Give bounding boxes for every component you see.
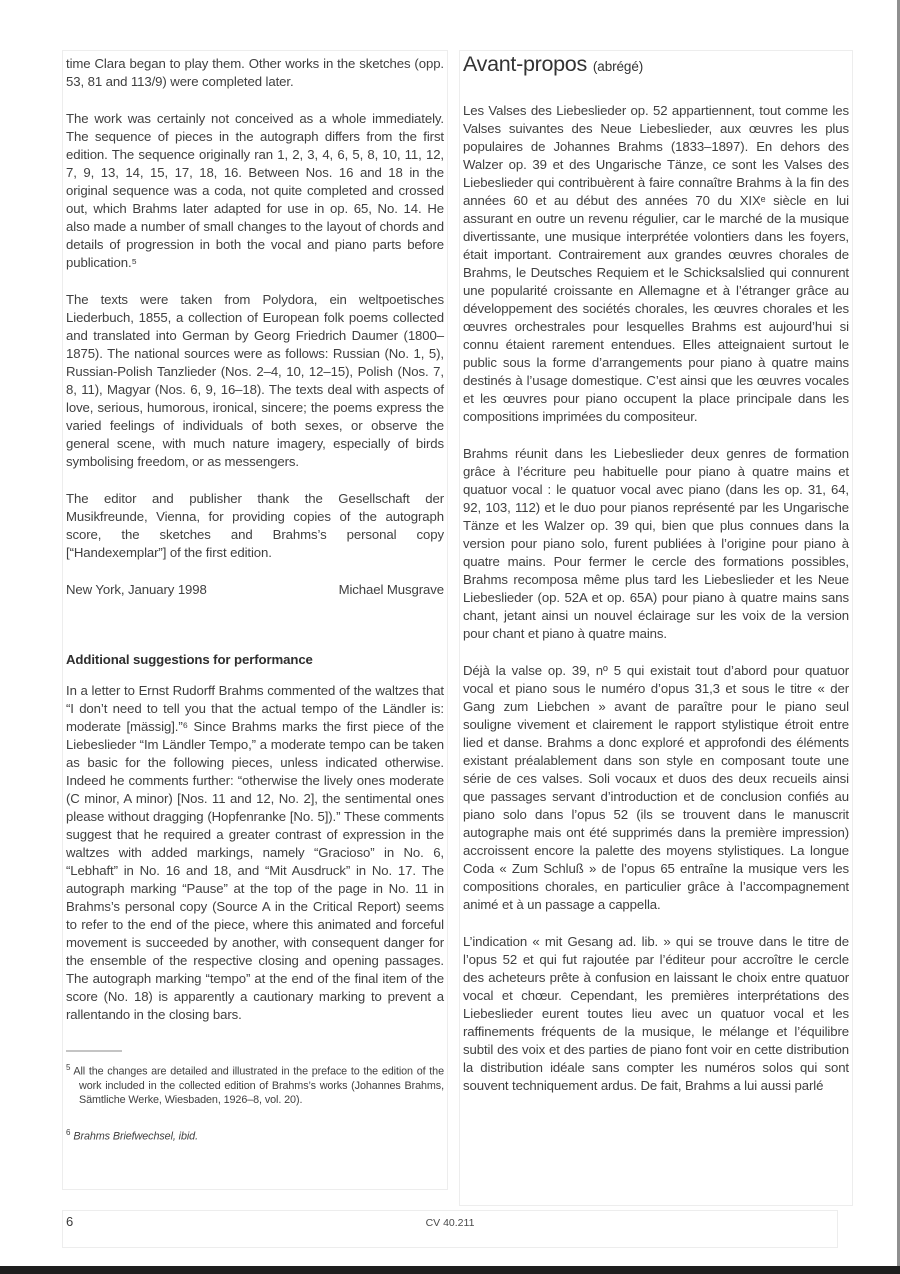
footnotes: 5All the changes are detailed and illust…	[66, 1061, 444, 1143]
paragraph-fr-valse-op39: Déjà la valse op. 39, nº 5 qui existait …	[463, 662, 849, 914]
scanned-preface-page: time Clara began to play them. Other wor…	[0, 0, 900, 1274]
section-heading-performance: Additional suggestions for performance	[66, 651, 444, 669]
avant-propos-title: Avant-propos	[463, 52, 587, 76]
catalog-number: CV 40.211	[63, 1217, 837, 1229]
paragraph-acknowledgement: The editor and publisher thank the Gesel…	[66, 490, 444, 562]
signature-line: New York, January 1998 Michael Musgrave	[66, 581, 444, 599]
paragraph-performance: In a letter to Ernst Rudorff Brahms comm…	[66, 682, 444, 1024]
paragraph-texts: The texts were taken from Polydora, ein …	[66, 291, 444, 471]
footnote-5-text: All the changes are detailed and illustr…	[73, 1066, 444, 1106]
footnote-5-marker: 5	[66, 1063, 70, 1072]
footnote-6-marker: 6	[66, 1128, 70, 1137]
paragraph-fr-formations: Brahms réunit dans les Liebeslieder deux…	[463, 445, 849, 643]
footnote-6-text: Brahms Briefwechsel, ibid.	[73, 1130, 198, 1142]
footnote-6: 6Brahms Briefwechsel, ibid.	[66, 1126, 444, 1144]
paragraph-fr-mit-gesang: L’indication « mit Gesang ad. lib. » qui…	[463, 933, 849, 1095]
english-column: time Clara began to play them. Other wor…	[62, 50, 448, 1190]
avant-propos-abridged-note: (abrégé)	[593, 59, 643, 74]
paragraph-continuation: time Clara began to play them. Other wor…	[66, 55, 444, 91]
avant-propos-heading: Avant-propos(abrégé)	[463, 55, 849, 76]
french-column: Avant-propos(abrégé) Les Valses des Lieb…	[459, 50, 853, 1206]
signature-author: Michael Musgrave	[339, 581, 444, 599]
footnote-separator-rule	[66, 1050, 122, 1052]
paragraph-fr-popularity: Les Valses des Liebeslieder op. 52 appar…	[463, 102, 849, 426]
page-footer: 6 CV 40.211	[62, 1210, 838, 1248]
paragraph-sequence: The work was certainly not conceived as …	[66, 110, 444, 272]
signature-place-date: New York, January 1998	[66, 581, 207, 599]
footnote-5: 5All the changes are detailed and illust…	[66, 1061, 444, 1107]
scan-bottom-bar	[0, 1266, 900, 1274]
